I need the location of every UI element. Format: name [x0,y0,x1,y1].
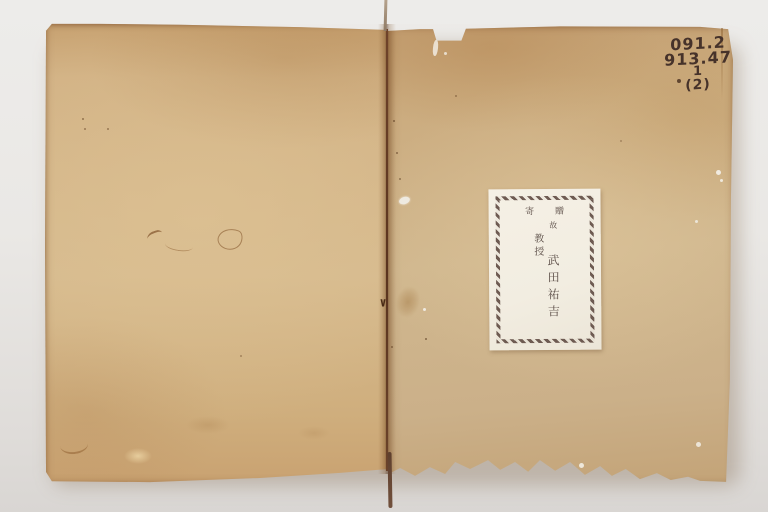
photo-backdrop: ∨ 091.2 913.47 1 (2) 寄 贈 故 武田祐吉 教授 [0,0,768,512]
label-donor-name: 武田祐吉 [546,254,560,322]
label-prefix: 故 [549,221,558,229]
book-left-cover [45,22,387,484]
label-header-text: 寄 贈 [489,204,601,218]
call-number: 091.2 913.47 1 (2) [654,34,742,95]
paper-specks [0,0,2,2]
white-flecks [0,0,3,3]
donation-label: 寄 贈 故 武田祐吉 教授 [488,189,601,351]
label-donor-title: 教授 [532,233,543,259]
spine-fold-line [386,29,388,471]
label-vertical-text: 故 武田祐吉 教授 [529,221,562,350]
binding-stitch-knot: ∨ [379,298,387,311]
